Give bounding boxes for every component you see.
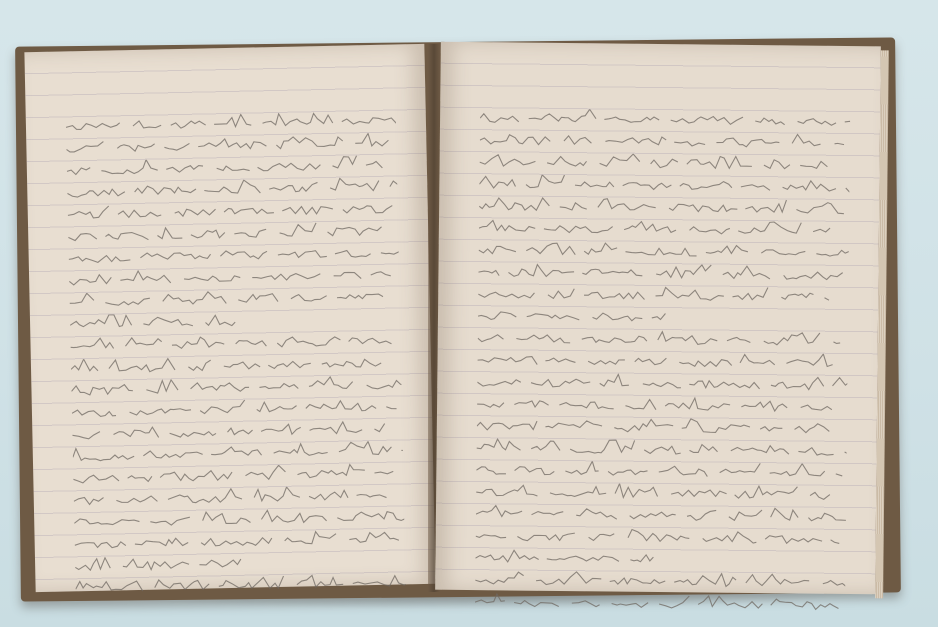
left-page-handwriting [66,106,408,597]
right-page-handwriting [475,104,852,614]
left-page [24,44,435,592]
handwritten-line [475,588,847,614]
right-page [435,42,881,595]
